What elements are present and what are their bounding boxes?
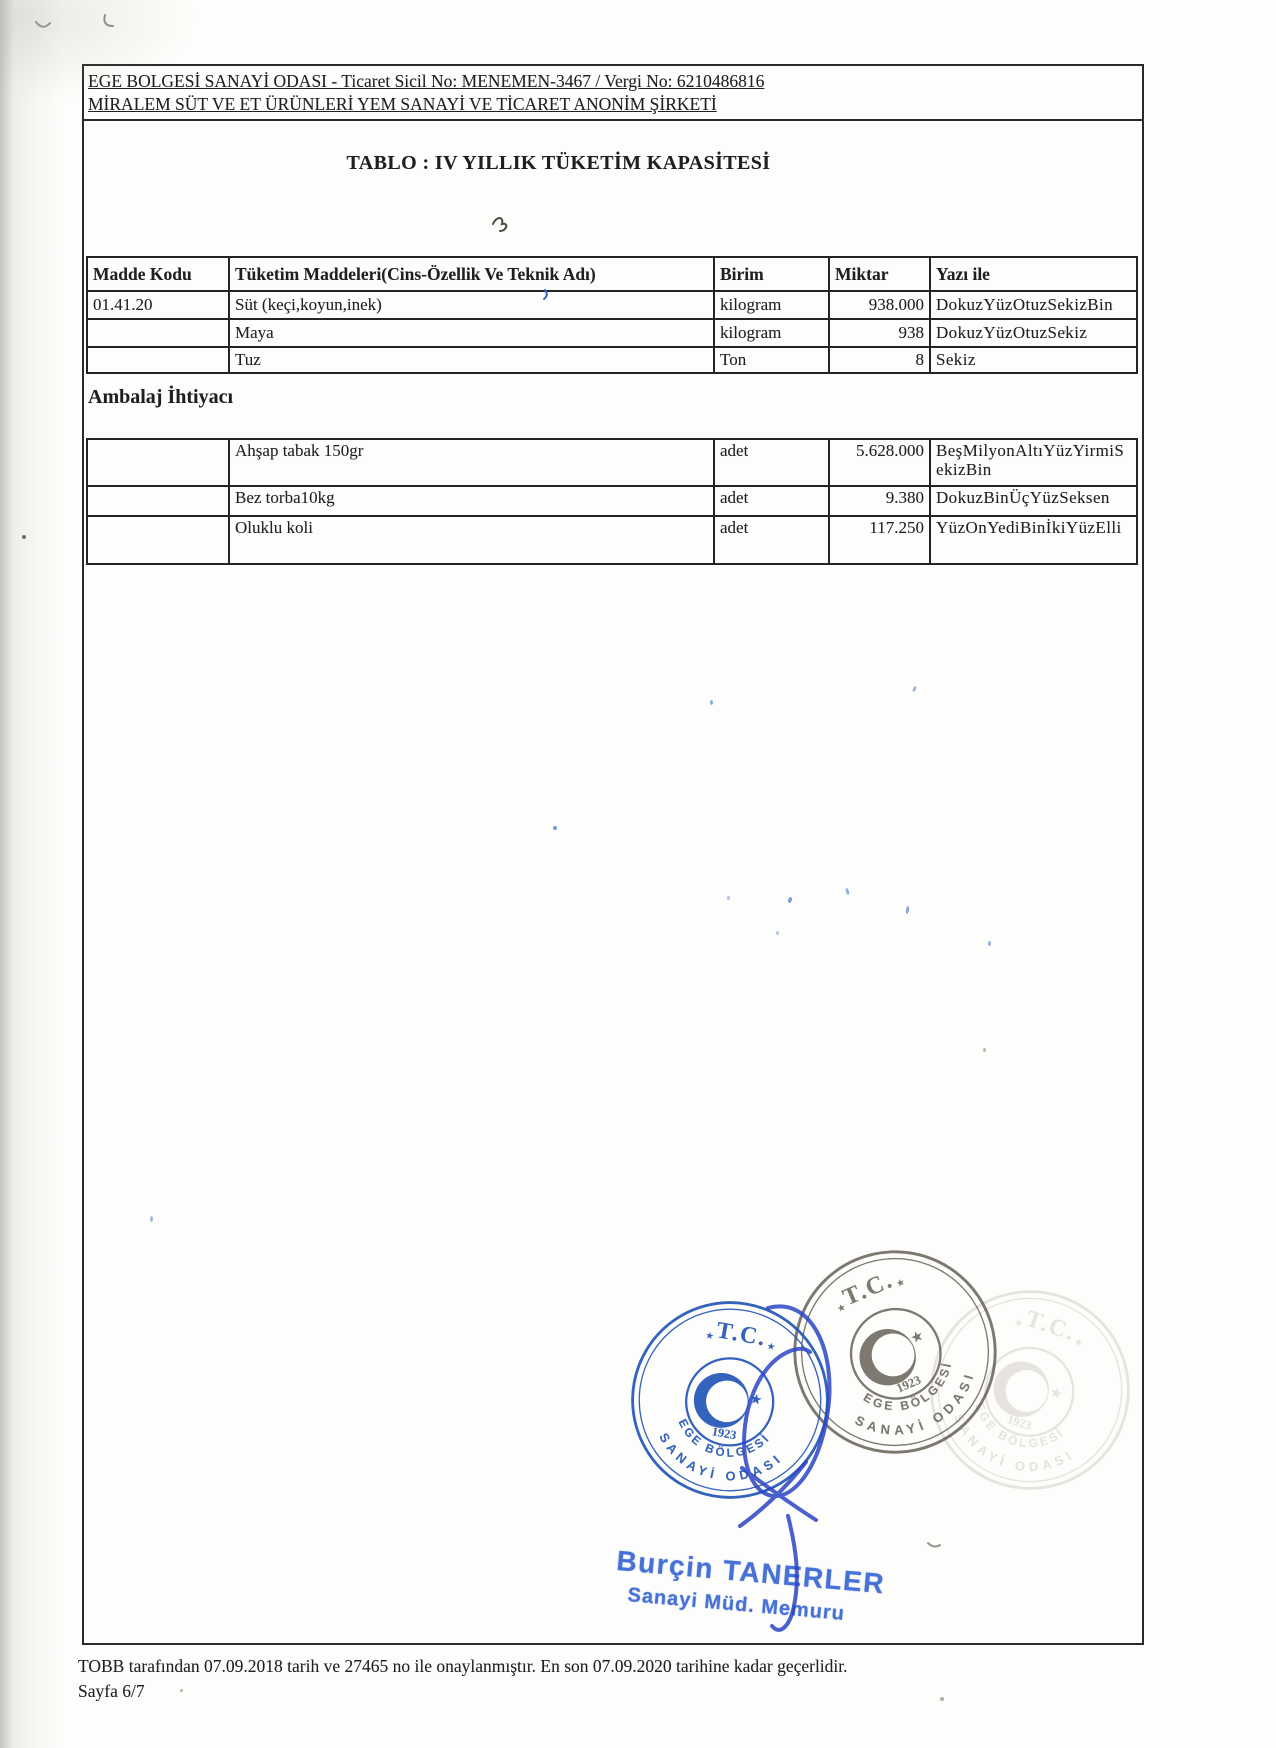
- cell-in-words: Sekiz: [930, 347, 1137, 373]
- cell-in-words: DokuzBinÜçYüzSeksen: [930, 486, 1137, 516]
- cell-code: [87, 516, 229, 564]
- scan-speck: [22, 535, 26, 539]
- page-number: Sayfa 6/7: [78, 1679, 848, 1704]
- cell-item: Maya: [229, 319, 714, 347]
- cell-code: [87, 486, 229, 516]
- cell-code: [87, 347, 229, 373]
- cell-amount: 117.250: [829, 516, 930, 564]
- cell-amount: 9.380: [829, 486, 930, 516]
- cell-amount: 938.000: [829, 291, 930, 319]
- cell-unit: adet: [714, 439, 829, 486]
- col-header-item: Tüketim Maddeleri(Cins-Özellik Ve Teknik…: [229, 257, 714, 291]
- cell-unit: adet: [714, 486, 829, 516]
- table-row: Ahşap tabak 150gr adet 5.628.000 BeşMily…: [87, 439, 1137, 486]
- page-title: TABLO : IV YILLIK TÜKETİM KAPASİTESİ: [86, 152, 1031, 175]
- col-header-code: Madde Kodu: [87, 257, 229, 291]
- scanned-document-page: ★ 1923 T.C. ★ ★ EGE BÖLGESİ SANAYİ ODASI…: [0, 0, 1276, 1748]
- cell-item: Tuz: [229, 347, 714, 373]
- cell-unit: kilogram: [714, 319, 829, 347]
- cell-item: Bez torba10kg: [229, 486, 714, 516]
- packaging-section-title: Ambalaj İhtiyacı: [88, 386, 233, 409]
- cell-in-words: DokuzYüzOtuzSekiz: [930, 319, 1137, 347]
- table-row: Maya kilogram 938 DokuzYüzOtuzSekiz: [87, 319, 1137, 347]
- cell-in-words: DokuzYüzOtuzSekizBin: [930, 291, 1137, 319]
- cell-unit: Ton: [714, 347, 829, 373]
- col-header-amount: Miktar: [829, 257, 930, 291]
- cell-amount: 5.628.000: [829, 439, 930, 486]
- table-row: Oluklu koli adet 117.250 YüzOnYediBinİki…: [87, 516, 1137, 564]
- cell-amount: 938: [829, 319, 930, 347]
- packaging-table: Ahşap tabak 150gr adet 5.628.000 BeşMily…: [86, 438, 1138, 565]
- approval-note: TOBB tarafından 07.09.2018 tarih ve 2746…: [78, 1654, 848, 1679]
- col-header-in-words: Yazı ile: [930, 257, 1137, 291]
- header-chamber-line: EGE BOLGESİ SANAYİ ODASI - Ticaret Sicil…: [88, 70, 1136, 93]
- col-header-unit: Birim: [714, 257, 829, 291]
- header-company-line: MİRALEM SÜT VE ET ÜRÜNLERİ YEM SANAYİ VE…: [88, 93, 1136, 116]
- table-header-row: Madde Kodu Tüketim Maddeleri(Cins-Özelli…: [87, 257, 1137, 291]
- cell-code: [87, 439, 229, 486]
- cell-in-words: BeşMilyonAltıYüzYirmiSekizBin: [930, 439, 1137, 486]
- cell-item: Oluklu koli: [229, 516, 714, 564]
- table-row: 01.41.20 Süt (keçi,koyun,inek) kilogram …: [87, 291, 1137, 319]
- document-footer: TOBB tarafından 07.09.2018 tarih ve 2746…: [78, 1654, 848, 1705]
- consumption-table: Madde Kodu Tüketim Maddeleri(Cins-Özelli…: [86, 256, 1138, 374]
- cell-unit: adet: [714, 516, 829, 564]
- scan-speck: [940, 1697, 944, 1701]
- cell-unit: kilogram: [714, 291, 829, 319]
- cell-item: Ahşap tabak 150gr: [229, 439, 714, 486]
- cell-in-words: YüzOnYediBinİkiYüzElli: [930, 516, 1137, 564]
- cell-amount: 8: [829, 347, 930, 373]
- cell-item: Süt (keçi,koyun,inek): [229, 291, 714, 319]
- cell-code: [87, 319, 229, 347]
- table-row: Tuz Ton 8 Sekiz: [87, 347, 1137, 373]
- document-header: EGE BOLGESİ SANAYİ ODASI - Ticaret Sicil…: [84, 66, 1142, 121]
- cell-code: 01.41.20: [87, 291, 229, 319]
- table-row: Bez torba10kg adet 9.380 DokuzBinÜçYüzSe…: [87, 486, 1137, 516]
